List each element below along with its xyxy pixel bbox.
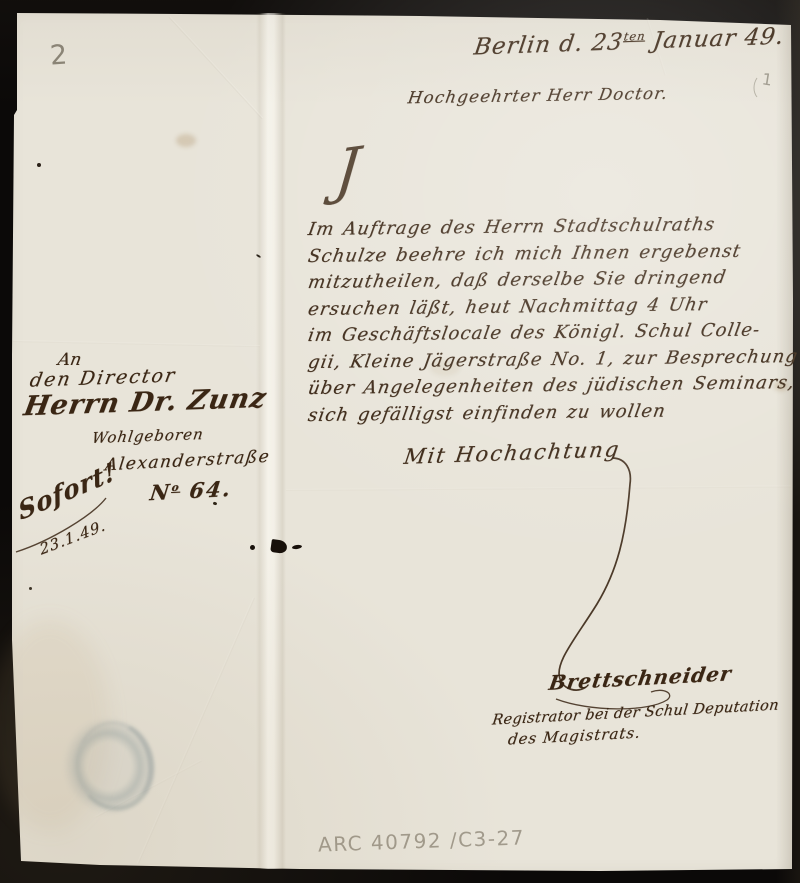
scanned-letter-page: 2 1 ARC 40792 /C3-27 Berlin d. 23ten Jan…: [0, 0, 800, 883]
ink-speck: [29, 587, 32, 590]
letter-body: Im Auftrage des Herrn Stadtschulraths Sc…: [308, 214, 798, 426]
dateline-city-day: Berlin d. 23: [472, 29, 625, 60]
dateline-ordinal: ten: [623, 29, 647, 44]
dateline-month-year: Januar 49.: [643, 24, 786, 55]
ink-blot: [250, 545, 255, 550]
address-line-number: No 64.: [149, 476, 234, 505]
page-number-top-left: 2: [49, 39, 68, 71]
address-number-n: N: [149, 479, 173, 505]
ink-speck: [37, 163, 41, 167]
body-line: sich gefälligst einfinden zu wollen: [306, 396, 800, 429]
address-number-rest: 64.: [179, 476, 234, 504]
